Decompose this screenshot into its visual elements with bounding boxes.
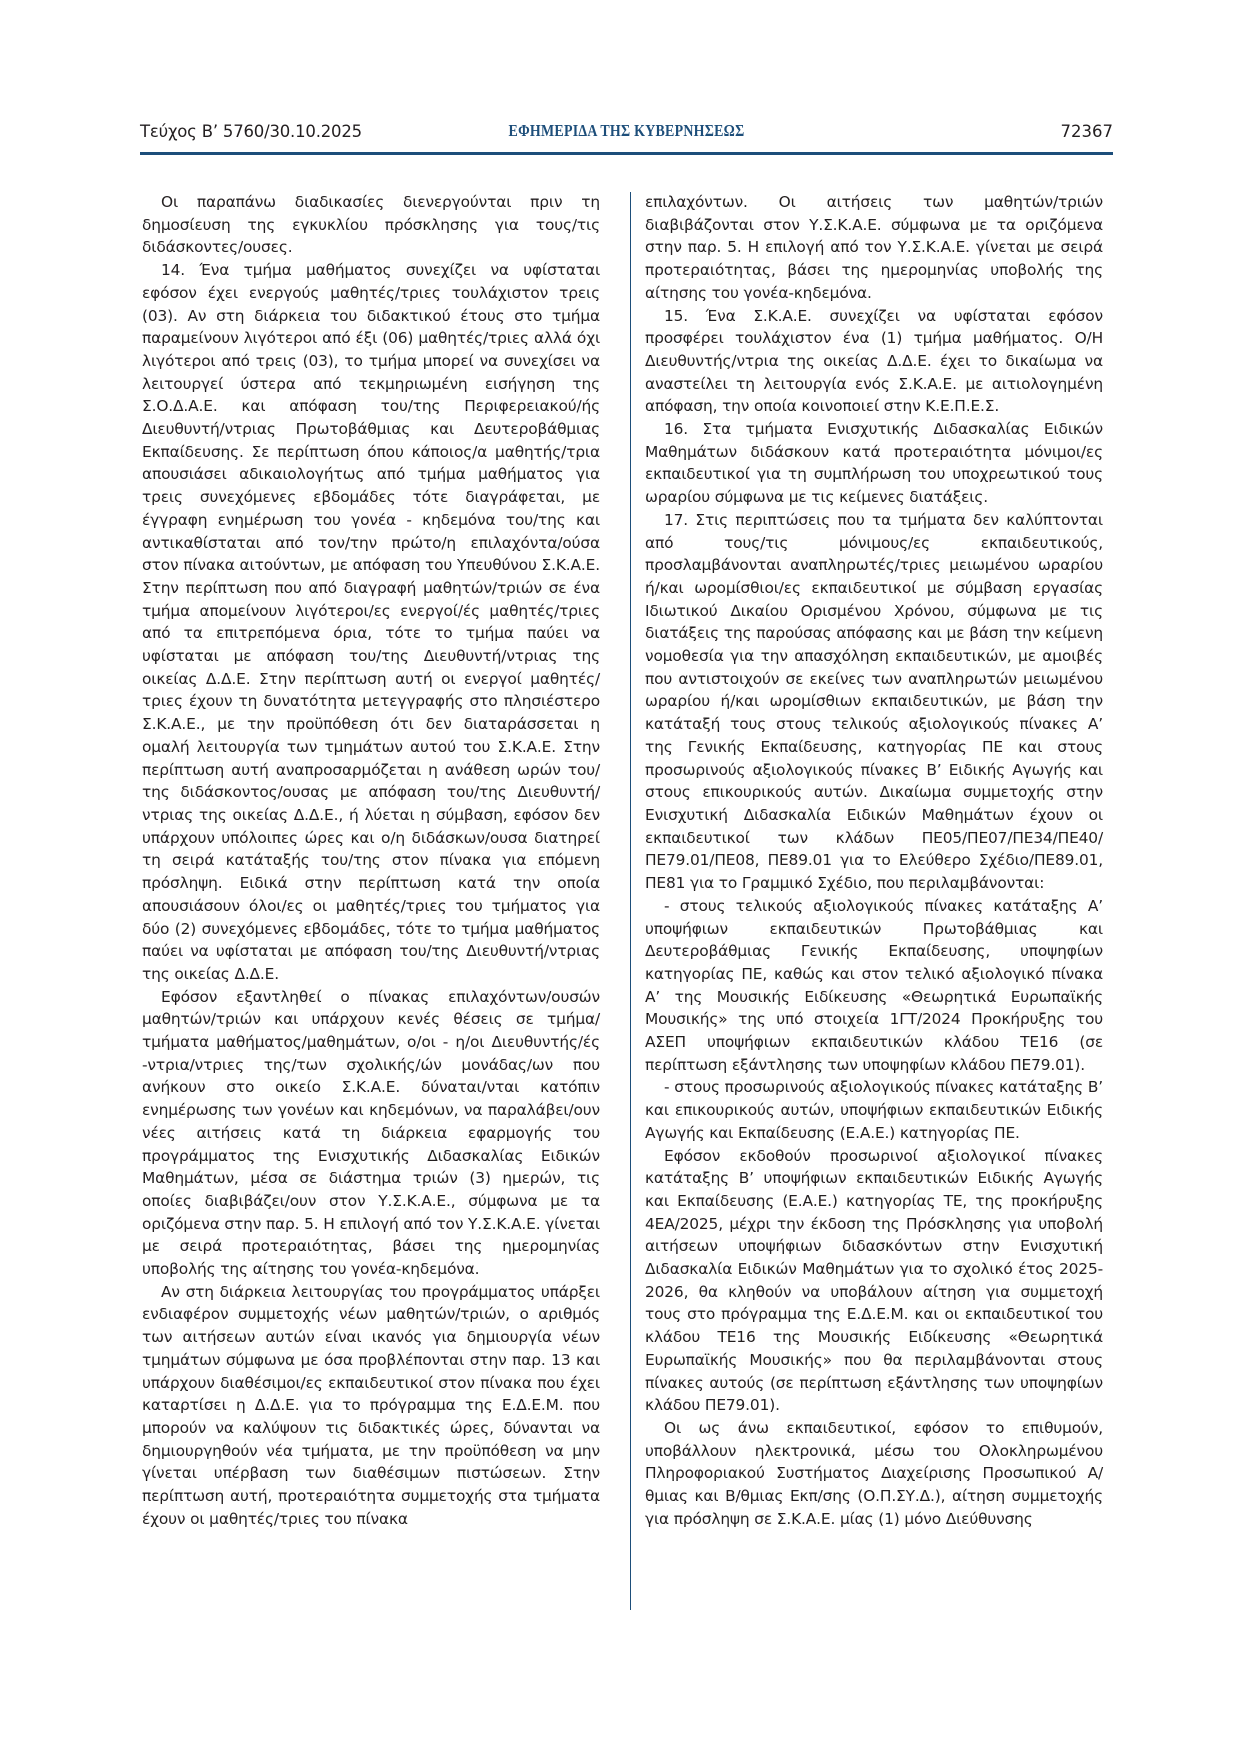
paragraph: Αν στη διάρκεια λειτουργίας του προγράμμ… bbox=[142, 1281, 600, 1531]
paragraph-article-16: 16. Στα τμήματα Ενισχυτικής Διδασκαλίας … bbox=[645, 418, 1103, 509]
paragraph-article-17: 17. Στις περιπτώσεις που τα τμήματα δεν … bbox=[645, 509, 1103, 895]
paragraph: Οι παραπάνω διαδικασίες διενεργούνται πρ… bbox=[142, 191, 600, 259]
list-item: - στους τελικούς αξιολογικούς πίνακες κα… bbox=[645, 895, 1103, 1077]
paragraph-article-14: 14. Ένα τμήμα μαθήματος συνεχίζει να υφί… bbox=[142, 259, 600, 986]
page-header: Τεύχος Β’ 5760/30.10.2025 ΕΦΗΜΕΡΙΔΑ ΤΗΣ … bbox=[140, 118, 1113, 146]
paragraph: Εφόσον εκδοθούν προσωρινοί αξιολογικοί π… bbox=[645, 1145, 1103, 1417]
paragraph: Οι ως άνω εκπαιδευτικοί, εφόσον το επιθυ… bbox=[645, 1417, 1103, 1531]
gazette-title: ΕΦΗΜΕΡΙΔΑ ΤΗΣ ΚΥΒΕΡΝΗΣΕΩΣ bbox=[228, 121, 1026, 141]
column-divider bbox=[630, 192, 631, 1610]
header-rule bbox=[140, 152, 1113, 155]
paragraph: Εφόσον εξαντληθεί ο πίνακας επιλαχόντων/… bbox=[142, 986, 600, 1281]
list-item: - στους προσωρινούς αξιολογικούς πίνακες… bbox=[645, 1076, 1103, 1144]
paragraph-article-15: 15. Ένα Σ.Κ.Α.Ε. συνεχίζει να υφίσταται … bbox=[645, 305, 1103, 419]
right-column: επιλαχόντων. Οι αιτήσεις των μαθητών/τρι… bbox=[645, 191, 1103, 1530]
left-column: Οι παραπάνω διαδικασίες διενεργούνται πρ… bbox=[142, 191, 600, 1530]
page-number: 72367 bbox=[1061, 122, 1114, 141]
paragraph-continued: επιλαχόντων. Οι αιτήσεις των μαθητών/τρι… bbox=[645, 191, 1103, 305]
